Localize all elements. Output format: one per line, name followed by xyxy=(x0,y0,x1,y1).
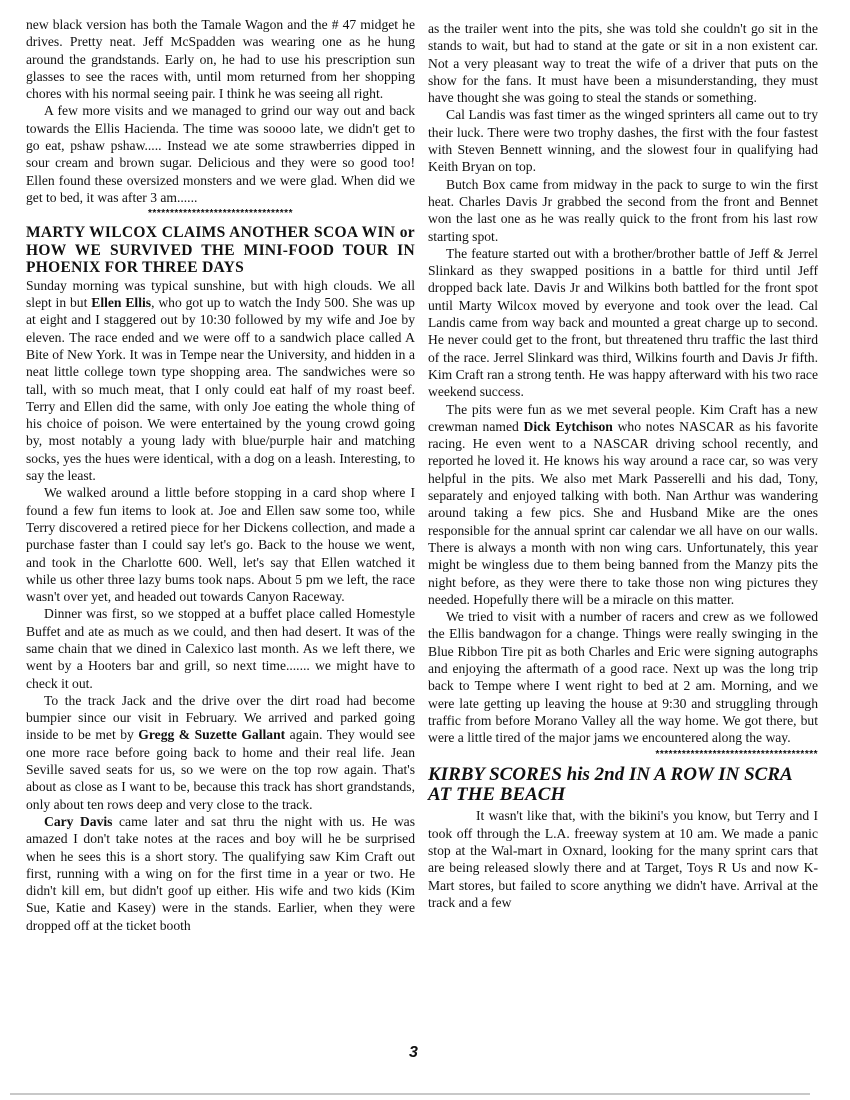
paragraph: Cal Landis was fast timer as the winged … xyxy=(428,106,818,175)
page-number: 3 xyxy=(409,1044,418,1062)
paragraph: Dinner was first, so we stopped at a buf… xyxy=(26,605,415,691)
article-headline: MARTY WILCOX CLAIMS ANOTHER SCOA WIN or … xyxy=(26,224,415,277)
person-name: Cary Davis xyxy=(44,814,112,829)
person-name: Dick Eytchison xyxy=(524,419,613,434)
text: who notes NASCAR as his favorite racing.… xyxy=(428,419,818,607)
paragraph: To the track Jack and the drive over the… xyxy=(26,692,415,813)
paragraph: The feature started out with a brother/b… xyxy=(428,245,818,401)
paragraph: Butch Box came from midway in the pack t… xyxy=(428,176,818,245)
newsletter-page: new black version has both the Tamale Wa… xyxy=(0,0,850,1100)
paragraph: It wasn't like that, with the bikini's y… xyxy=(428,807,818,911)
person-name: Ellen Ellis xyxy=(91,295,151,310)
person-name: Gregg & Suzette Gallant xyxy=(138,727,285,742)
paragraph: Cary Davis came later and sat thru the n… xyxy=(26,813,415,934)
left-column: new black version has both the Tamale Wa… xyxy=(26,16,415,934)
article-headline: KIRBY SCORES his 2nd IN A ROW IN SCRA AT… xyxy=(428,765,818,805)
section-separator: ********************************* xyxy=(26,207,415,221)
paragraph: as the trailer went into the pits, she w… xyxy=(428,20,818,106)
paragraph: We walked around a little before stoppin… xyxy=(26,484,415,605)
right-column: as the trailer went into the pits, she w… xyxy=(428,20,818,911)
text: came later and sat thru the night with u… xyxy=(26,814,415,933)
scan-edge-divider xyxy=(10,1093,810,1095)
paragraph: We tried to visit with a number of racer… xyxy=(428,608,818,746)
paragraph: new black version has both the Tamale Wa… xyxy=(26,16,415,102)
paragraph: A few more visits and we managed to grin… xyxy=(26,102,415,206)
paragraph: Sunday morning was typical sunshine, but… xyxy=(26,277,415,485)
paragraph: The pits were fun as we met several peop… xyxy=(428,401,818,609)
section-separator: ************************************* xyxy=(428,748,818,762)
text: , who got up to watch the Indy 500. She … xyxy=(26,295,415,483)
